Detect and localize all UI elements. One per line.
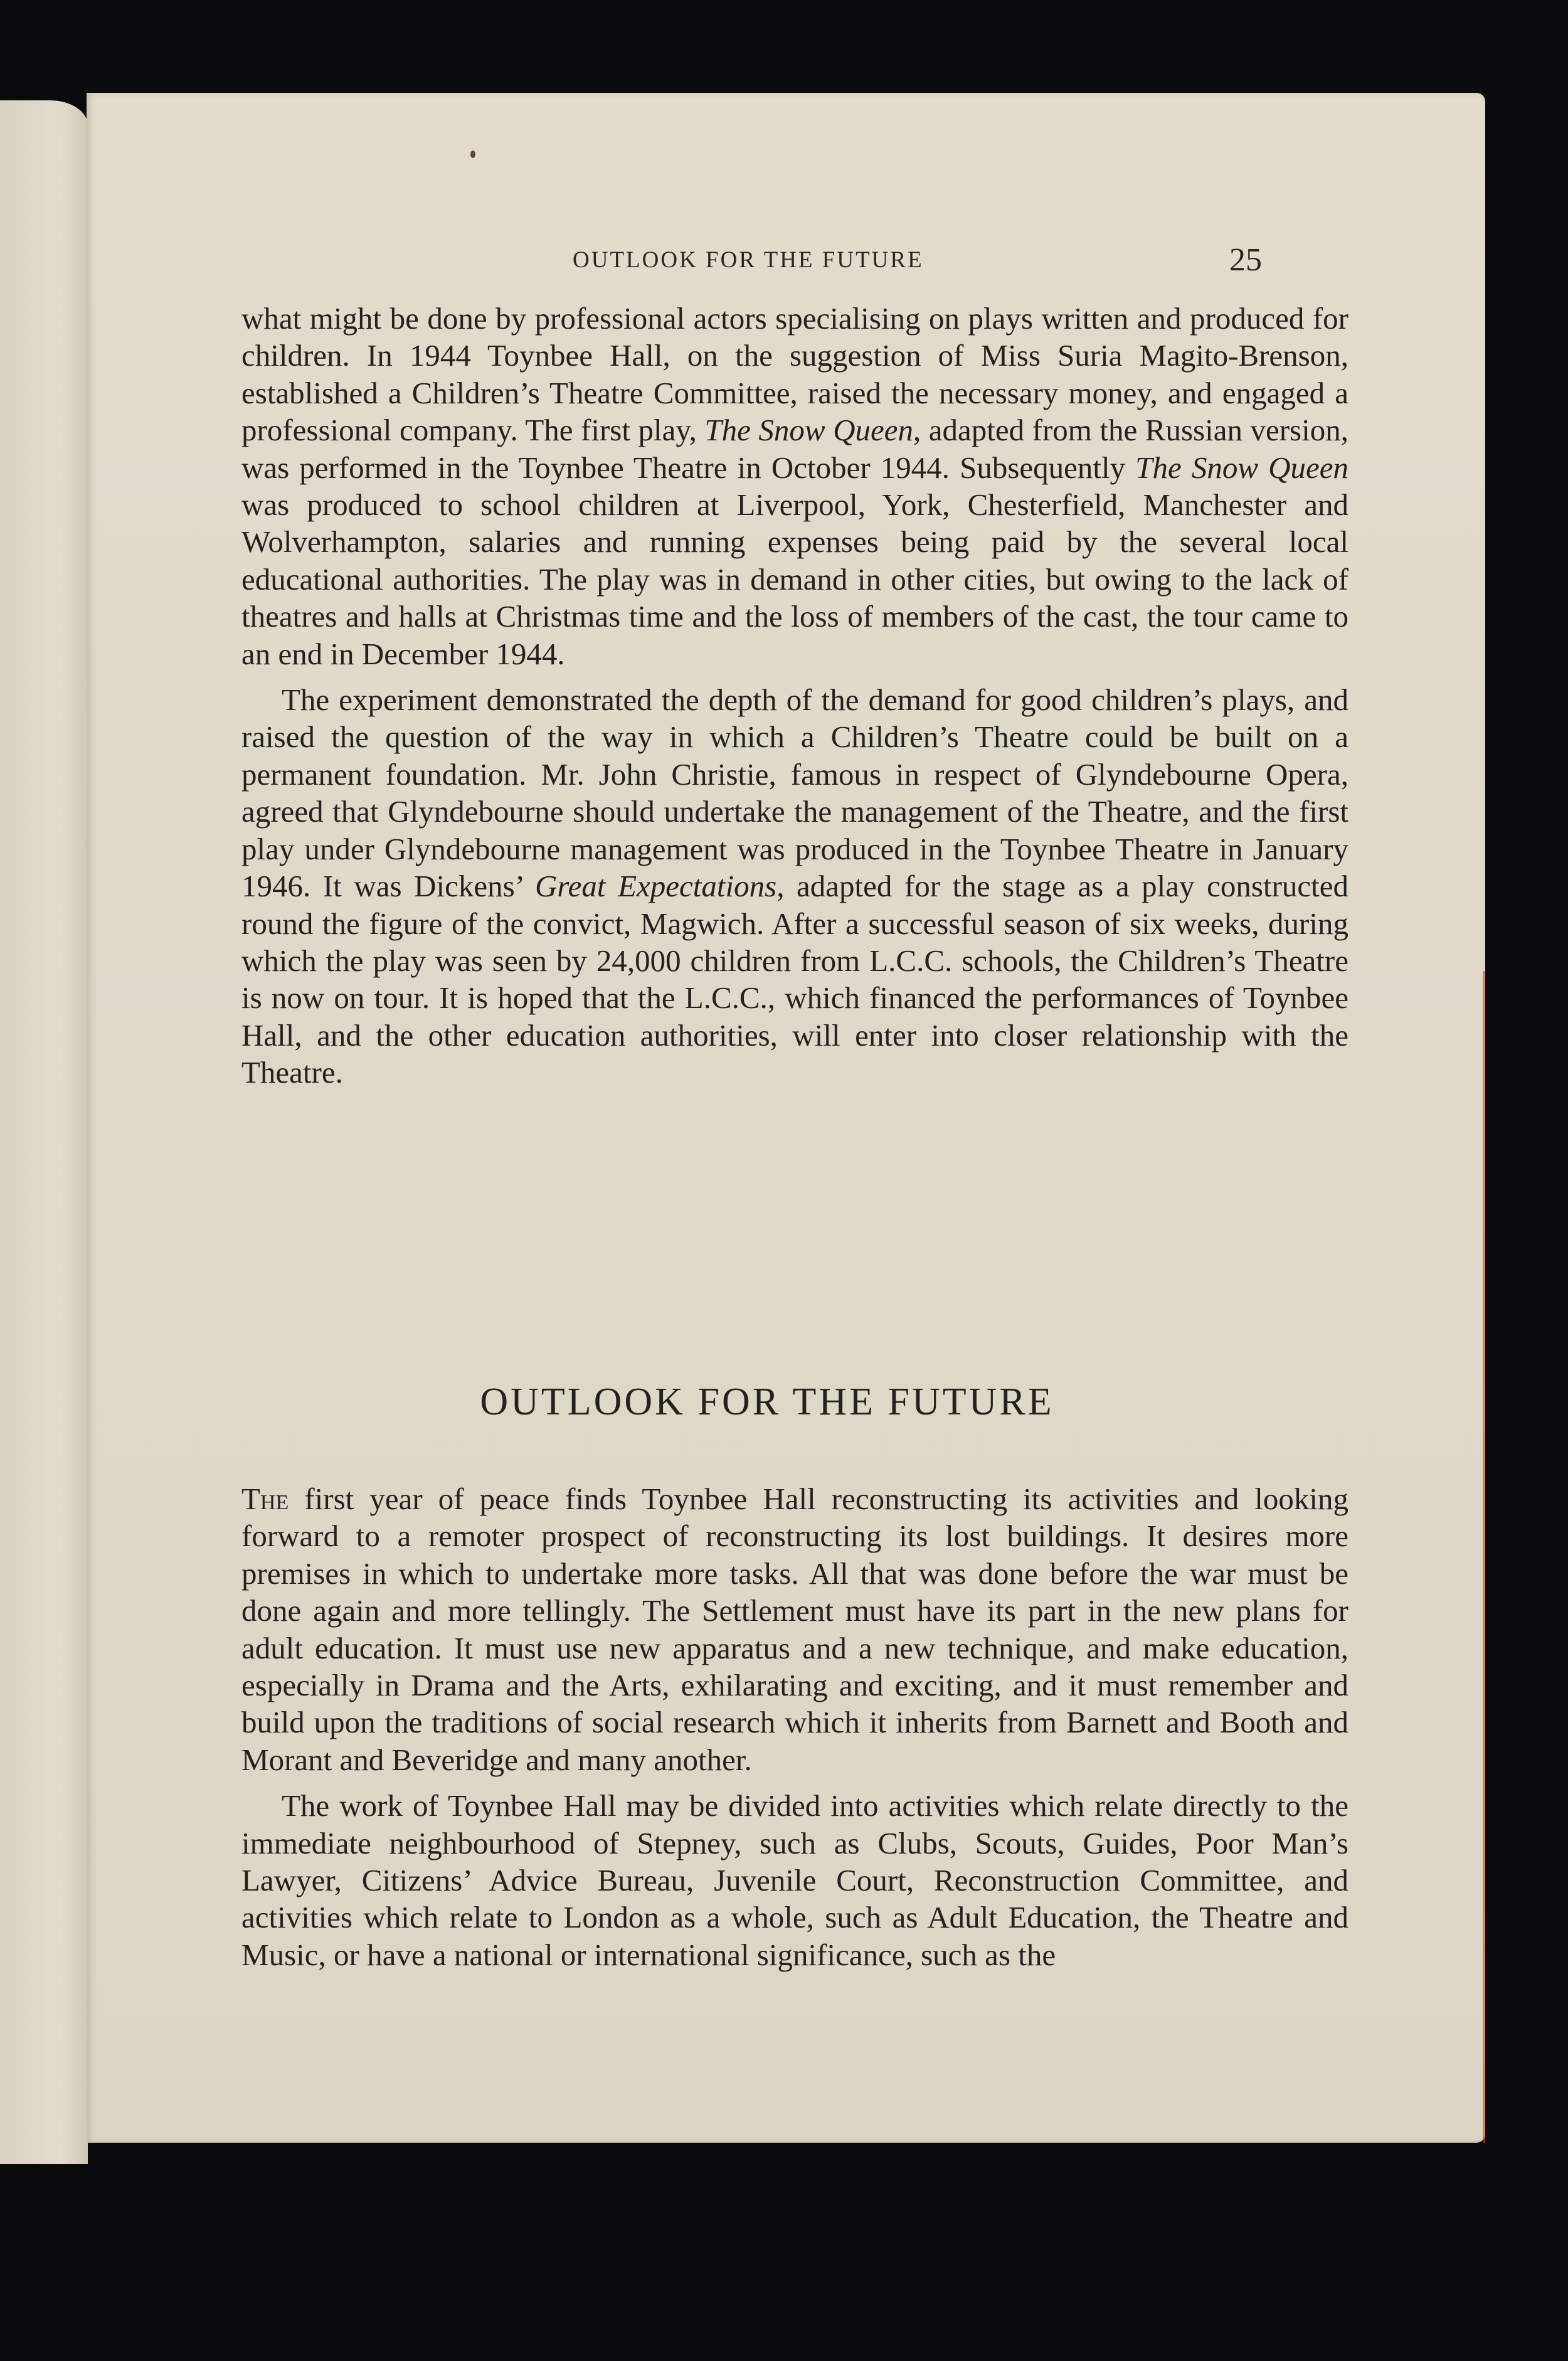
section-outlook: The first year of peace finds Toynbee Ha…: [241, 1480, 1348, 1973]
paragraph: The experiment demonstrated the depth of…: [241, 681, 1348, 1091]
section-children-theatre: what might be done by professional actor…: [241, 300, 1348, 1091]
book-title-great-expectations: Great Expectations: [535, 869, 776, 903]
book-page: OUTLOOK FOR THE FUTURE 25 what might be …: [87, 93, 1485, 2143]
paragraph: what might be done by professional actor…: [241, 300, 1348, 672]
page-fore-edge: [1483, 971, 1485, 2143]
lead-in-smallcaps: The: [241, 1482, 289, 1516]
play-title-snow-queen: The Snow Queen: [704, 413, 913, 447]
paper-speck: [470, 151, 475, 158]
facing-page-edge: [0, 100, 88, 2164]
running-head-title: OUTLOOK FOR THE FUTURE: [573, 247, 924, 273]
paragraph: The first year of peace finds Toynbee Ha…: [241, 1480, 1348, 1778]
paragraph-text: first year of peace finds Toynbee Hall r…: [241, 1482, 1348, 1777]
running-head: OUTLOOK FOR THE FUTURE 25: [87, 247, 1485, 284]
paragraph-text: was produced to school children at Liver…: [241, 487, 1348, 671]
paragraph: The work of Toynbee Hall may be divided …: [241, 1787, 1348, 1973]
play-title-snow-queen: The Snow Queen: [1135, 450, 1348, 485]
paragraph-text: The work of Toynbee Hall may be divided …: [241, 1788, 1348, 1972]
section-heading: OUTLOOK FOR THE FUTURE: [87, 1380, 1485, 1425]
page-number: 25: [1229, 241, 1262, 279]
